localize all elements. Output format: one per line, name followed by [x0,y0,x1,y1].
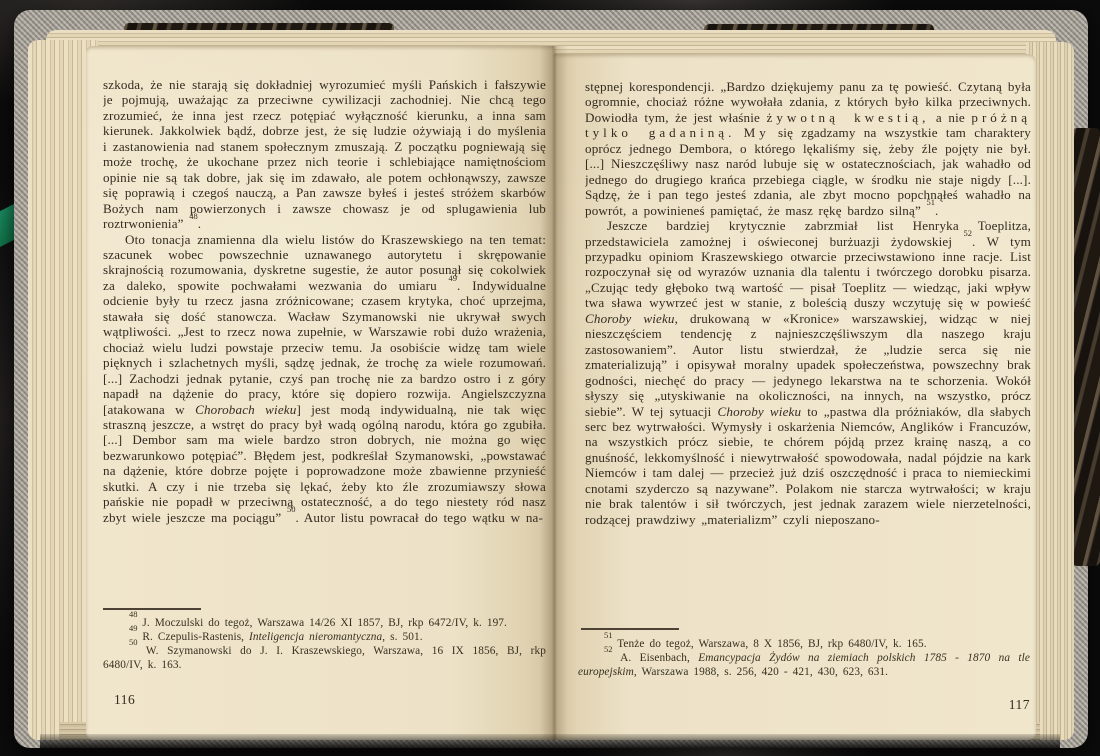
text-run: , Warszawa 1988, s. 256, 420 - 421, 430,… [634,666,888,678]
text-run: W. Szymanowski do J. I. Kraszewskiego, W… [103,645,546,671]
paragraph: 48 J. Moczulski do tegoż, Warszawa 14/26… [103,617,546,631]
paragraph: 49 R. Czepulis-Rastenis, Inteligencja ni… [103,631,546,645]
text-run: . Autor listu powracał do tego wątku w n… [295,510,543,525]
text-run: , s. 501. [382,631,422,643]
text-run: 49 [449,273,458,283]
text-run: ] jest modą indywidualną, nie tak więc s… [103,402,546,525]
left-page-body-text: szkoda, że nie starają się dokładniej wy… [103,77,546,607]
text-run: A. Eisenbach, [613,652,699,664]
text-run: Tenże do tegoż, Warszawa, 8 X 1856, BJ, … [613,638,927,650]
paragraph: 50 W. Szymanowski do J. I. Kraszewskiego… [103,645,546,673]
paragraph: szkoda, że nie starają się dokładniej wy… [103,77,546,232]
paragraph: Oto tonacja znamienna dla wielu listów d… [103,232,546,526]
text-run: 48 [189,211,198,221]
text-run: szkoda, że nie starają się dokładniej wy… [103,77,546,231]
right-page-number: 117 [960,697,1030,713]
marbled-cover-right-edge [1072,128,1100,566]
right-footnote-rule [581,628,679,630]
left-page-number: 116 [114,692,135,708]
text-run: 50 [287,504,296,514]
text-run: 52 [964,228,973,238]
text-run: 51 [604,630,613,640]
paragraph: 51 Tenże do tegoż, Warszawa, 8 X 1856, B… [578,638,1030,652]
text-run: My [744,125,770,140]
text-run: . [198,216,201,231]
text-run: . [935,203,938,218]
text-run [735,125,743,140]
left-page-footnotes: 48 J. Moczulski do tegoż, Warszawa 14/26… [103,617,546,673]
paragraph: stępnej korespondencji. „Bardzo dziękuje… [585,79,1031,218]
text-run: R. Czepulis-Rastenis, [138,631,250,643]
text-run: to „pastwa dla próżniaków, dla słabych s… [585,404,1031,527]
text-run: Choroby wieku [585,311,675,326]
text-run: 52 [604,644,613,654]
paragraph: 52 A. Eisenbach, Emancypacja Żydów na zi… [578,652,1030,680]
text-run: . Indywidualne odcienie były tu rzecz ja… [103,278,546,417]
text-run: , drukowaną w «Kronice» warszawskiej, wi… [585,311,1031,419]
right-page-body-text: stępnej korespondencji. „Bardzo dziękuje… [585,79,1031,627]
text-run: a nie [929,110,971,125]
text-run: żywotną kwestią, [767,110,930,125]
text-run: 48 [129,609,138,619]
text-run: Inteligencja nieromantyczna [249,631,382,643]
left-footnote-rule [103,608,201,610]
paragraph: Jeszcze bardziej krytycznie zabrzmiał li… [585,218,1031,527]
text-run: 51 [927,197,936,207]
text-run: Choroby wieku [717,404,801,419]
text-run: 49 [129,623,138,633]
text-run: Chorobach wieku [195,402,296,417]
text-run: J. Moczulski do tegoż, Warszawa 14/26 XI… [138,617,508,629]
book-bottom-shadow [40,734,1060,748]
text-run: 50 [129,637,138,647]
right-page-footnotes: 51 Tenże do tegoż, Warszawa, 8 X 1856, B… [578,638,1030,680]
